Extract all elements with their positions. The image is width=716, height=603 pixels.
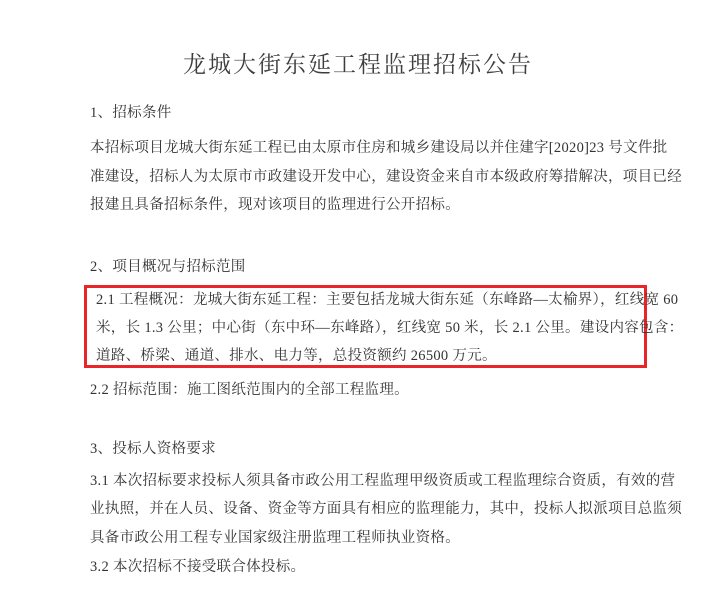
section-2-heading: 2、项目概况与招标范围 — [90, 258, 246, 277]
qualification-line-3: 具备市政公用工程专业国家级注册监理工程师执业资格。 — [90, 529, 460, 548]
document-title: 龙城大街东延工程监理招标公告 — [0, 46, 716, 79]
section-3-heading: 3、投标人资格要求 — [90, 440, 216, 459]
tender-conditions-line-3: 报建且具备招标条件，现对该项目的监理进行公开招标。 — [90, 196, 460, 215]
project-overview-line-2: 米，长 1.3 公里；中心街（东中环—东峰路），红线宽 50 米，长 2.1 公… — [96, 319, 683, 338]
tender-conditions-line-2: 准建设，招标人为太原市市政建设开发中心，建设资金来自市本级政府筹措解决，项目已经 — [90, 168, 682, 187]
consortium-bid-line: 3.2 本次招标不接受联合体投标。 — [90, 558, 305, 577]
qualification-line-2: 业执照，并在人员、设备、资金等方面具有相应的监理能力，其中，投标人拟派项目总监须 — [90, 500, 682, 519]
project-overview-line-3: 道路、桥梁、通道、排水、电力等，总投资额约 26500 万元。 — [96, 347, 497, 366]
bid-scope-line: 2.2 招标范围：施工图纸范围内的全部工程监理。 — [90, 381, 409, 400]
qualification-line-1: 3.1 本次招标要求投标人须具备市政公用工程监理甲级资质或工程监理综合资质，有效… — [90, 472, 675, 491]
section-1-heading: 1、招标条件 — [90, 104, 172, 123]
project-overview-line-1: 2.1 工程概况：龙城大街东延工程：主要包括龙城大街东延（东峰路—太榆界），红线… — [96, 291, 678, 310]
tender-conditions-line-1: 本招标项目龙城大街东延工程已由太原市住房和城乡建设局以并住建字[2020]23 … — [90, 139, 667, 158]
